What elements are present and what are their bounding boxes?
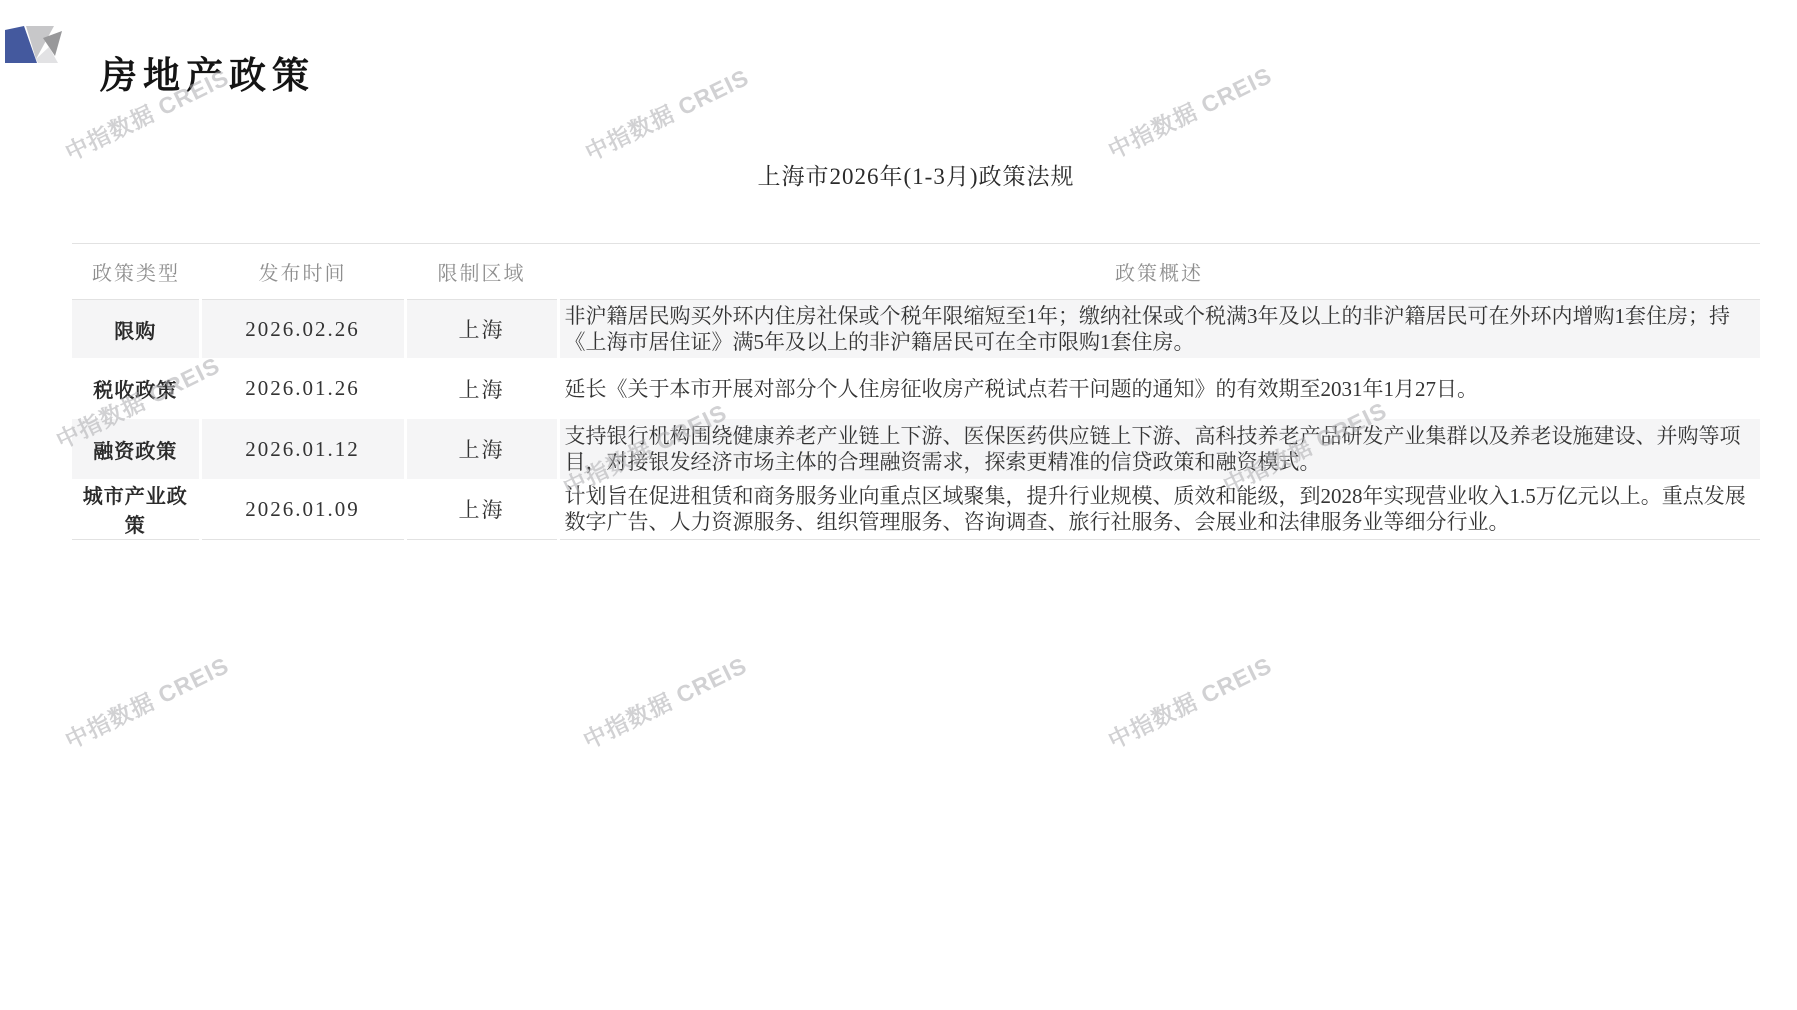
table-row: 融资政策 2026.01.12 上海 支持银行机构围绕健康养老产业链上下游、医保… [72, 419, 1760, 479]
policy-type-cell: 城市产业政策 [72, 479, 200, 540]
policy-summary-cell: 计划旨在促进租赁和商务服务业向重点区域聚集，提升行业规模、质效和能级，到2028… [558, 479, 1760, 540]
watermark: 中指数据 CREIS [59, 648, 234, 756]
release-date-cell: 2026.01.26 [200, 358, 405, 419]
watermark: 中指数据 CREIS [579, 60, 754, 168]
logo-icon [5, 25, 62, 63]
column-header-restricted-area: 限制区域 [405, 244, 558, 300]
restricted-area-cell: 上海 [405, 419, 558, 479]
table-row: 税收政策 2026.01.26 上海 延长《关于本市开展对部分个人住房征收房产税… [72, 358, 1760, 419]
table-title: 上海市2026年(1-3月)政策法规 [72, 158, 1760, 191]
table-row: 城市产业政策 2026.01.09 上海 计划旨在促进租赁和商务服务业向重点区域… [72, 479, 1760, 540]
watermark: 中指数据 CREIS [577, 648, 752, 756]
column-header-policy-type: 政策类型 [72, 244, 200, 300]
policy-summary-cell: 非沪籍居民购买外环内住房社保或个税年限缩短至1年；缴纳社保或个税满3年及以上的非… [558, 300, 1760, 359]
policy-summary-cell: 支持银行机构围绕健康养老产业链上下游、医保医药供应链上下游、高科技养老产品研发产… [558, 419, 1760, 479]
policy-type-cell: 融资政策 [72, 419, 200, 479]
policy-summary-cell: 延长《关于本市开展对部分个人住房征收房产税试点若干问题的通知》的有效期至2031… [558, 358, 1760, 419]
page-title: 房地产政策 [100, 45, 315, 99]
restricted-area-cell: 上海 [405, 479, 558, 540]
header-row: 政策类型 发布时间 限制区域 政策概述 [72, 244, 1760, 300]
policy-table: 政策类型 发布时间 限制区域 政策概述 限购 2026.02.26 上海 非沪籍… [72, 243, 1760, 540]
policy-type-cell: 限购 [72, 300, 200, 359]
restricted-area-cell: 上海 [405, 358, 558, 419]
release-date-cell: 2026.02.26 [200, 300, 405, 359]
watermark: 中指数据 CREIS [1102, 648, 1277, 756]
policy-table-body: 限购 2026.02.26 上海 非沪籍居民购买外环内住房社保或个税年限缩短至1… [72, 300, 1760, 540]
policy-type-cell: 税收政策 [72, 358, 200, 419]
policy-table-container: 政策类型 发布时间 限制区域 政策概述 限购 2026.02.26 上海 非沪籍… [72, 243, 1760, 540]
watermark: 中指数据 CREIS [1102, 58, 1277, 166]
restricted-area-cell: 上海 [405, 300, 558, 359]
column-header-release-date: 发布时间 [200, 244, 405, 300]
table-row: 限购 2026.02.26 上海 非沪籍居民购买外环内住房社保或个税年限缩短至1… [72, 300, 1760, 359]
policy-table-header: 政策类型 发布时间 限制区域 政策概述 [72, 244, 1760, 300]
release-date-cell: 2026.01.09 [200, 479, 405, 540]
release-date-cell: 2026.01.12 [200, 419, 405, 479]
column-header-policy-summary: 政策概述 [558, 244, 1760, 300]
